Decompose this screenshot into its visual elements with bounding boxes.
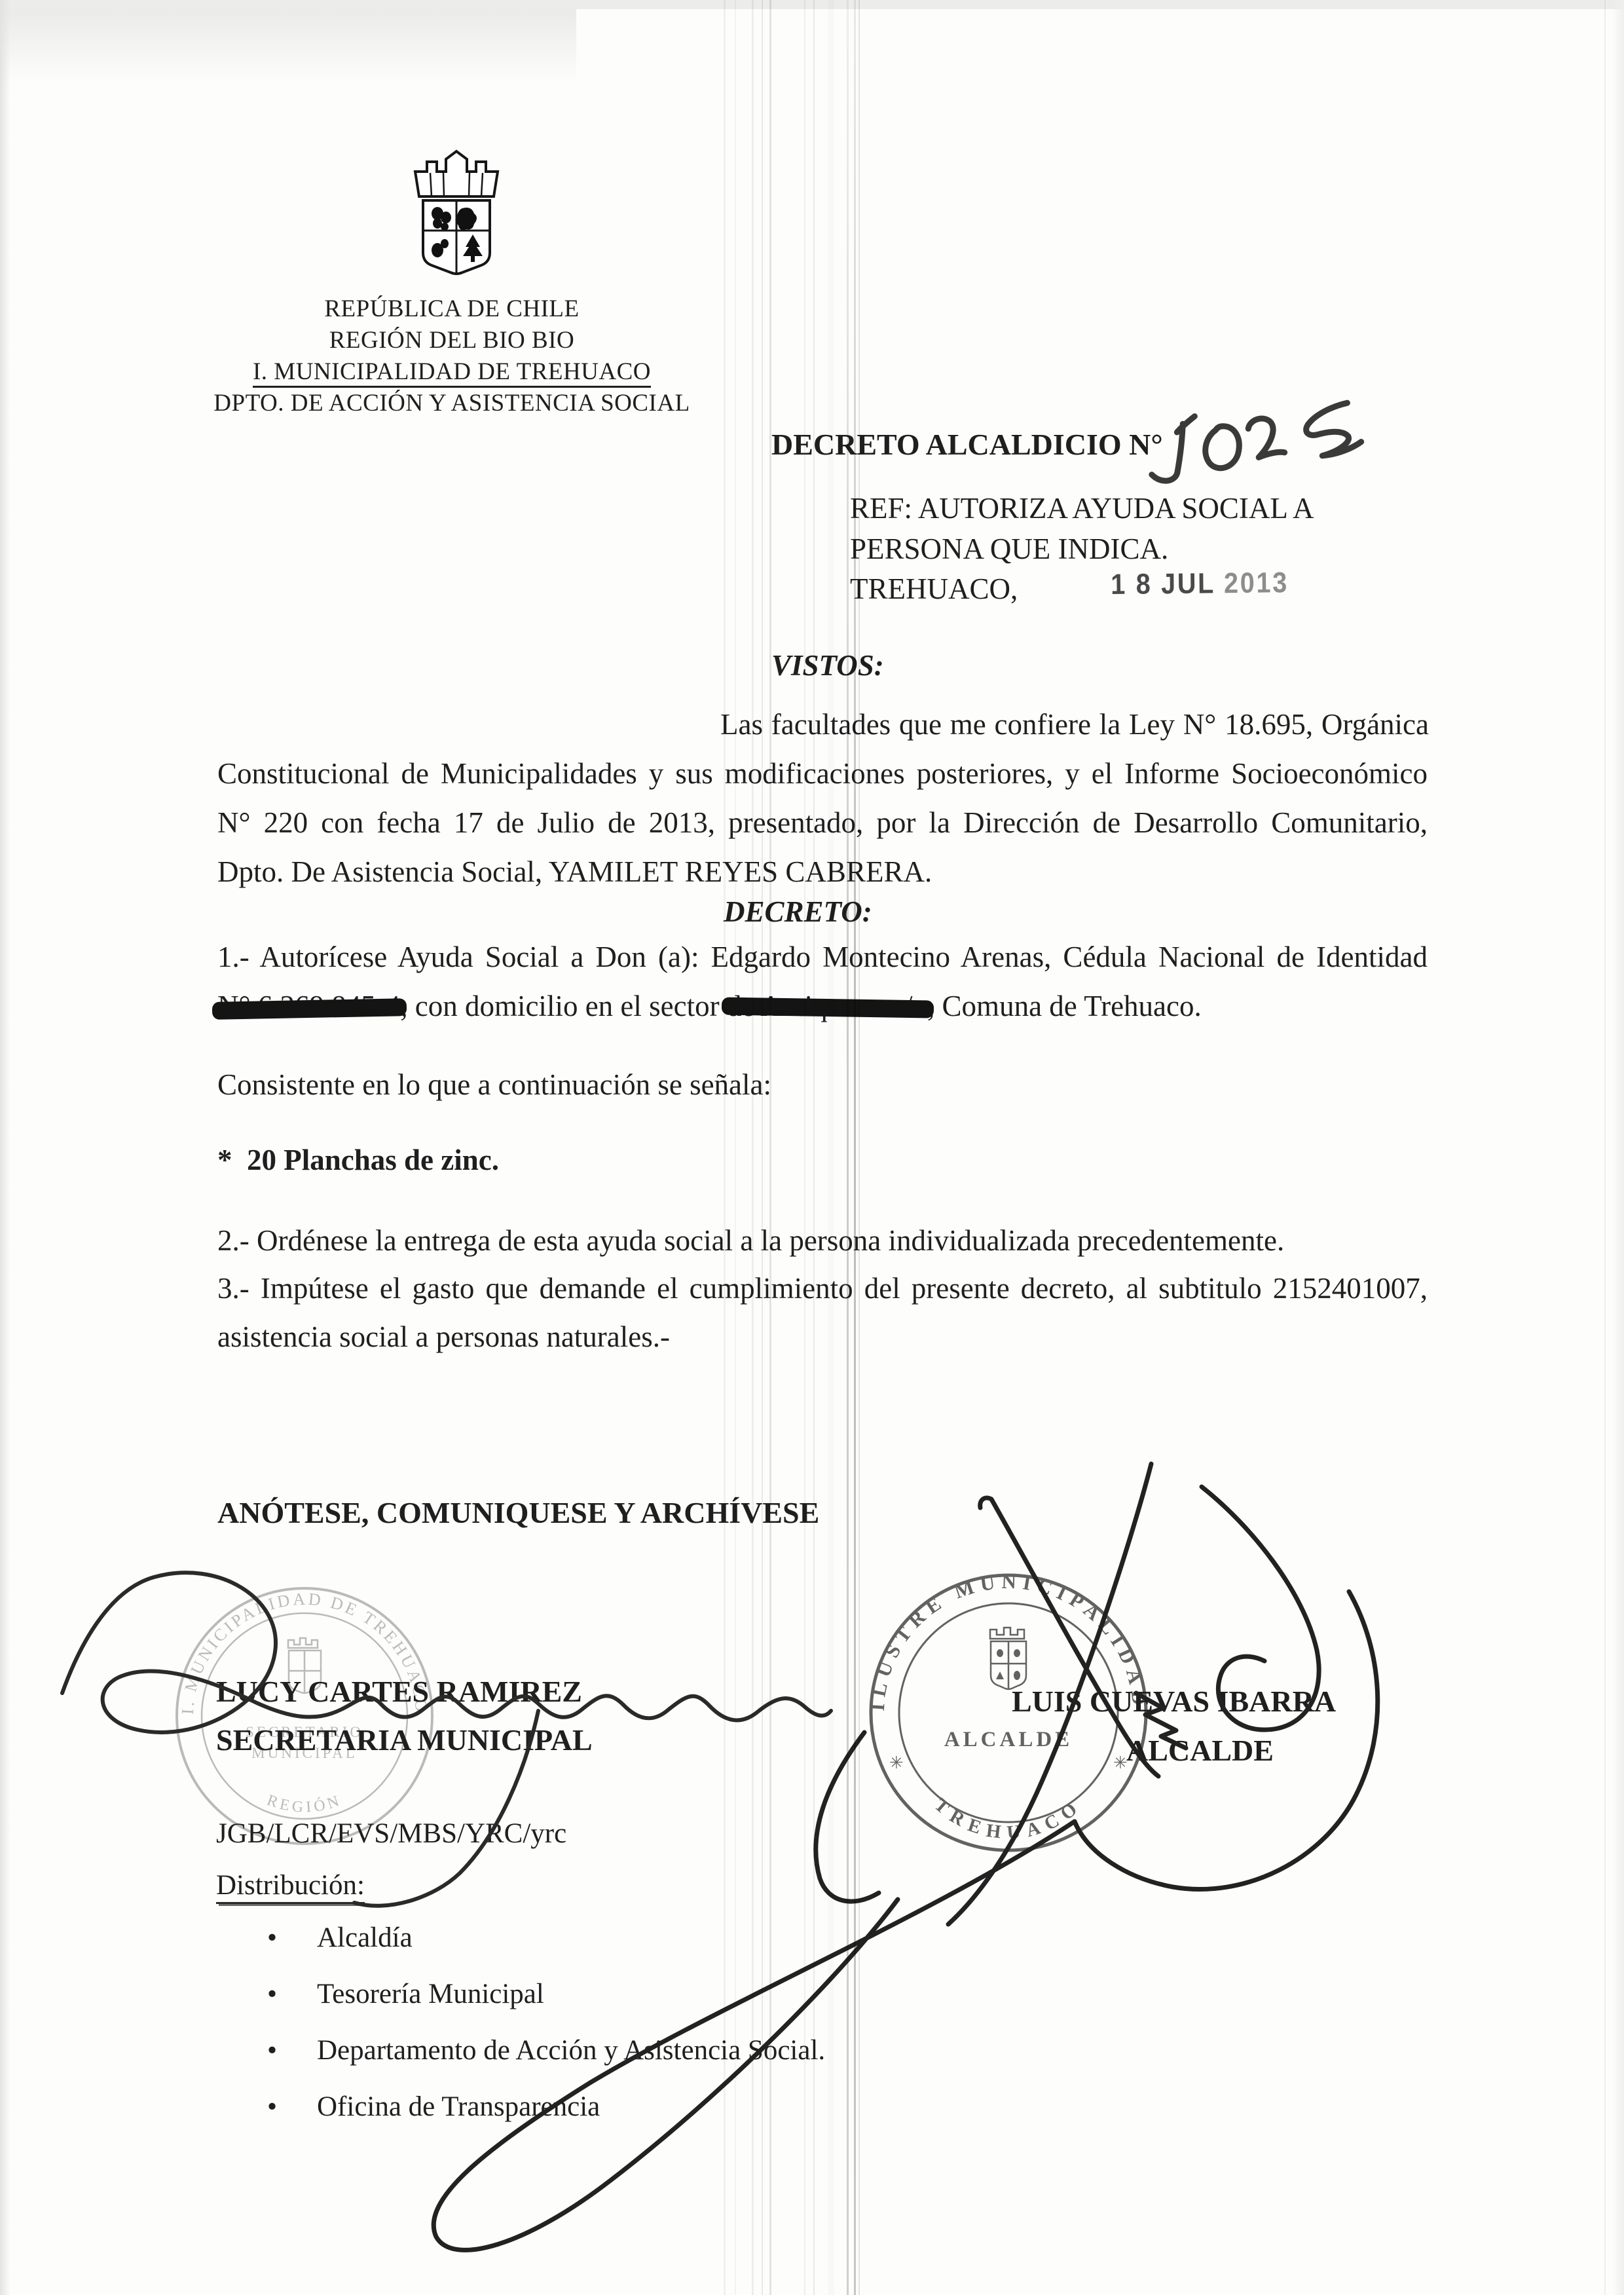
item3-line-2: asistencia social a personas naturales.- [217, 1321, 670, 1354]
distribution-item-1: Alcaldía [317, 1922, 413, 1953]
stamp-right-center-label: ALCALDE [944, 1728, 1073, 1751]
list-item: •Tesorería Municipal [267, 1978, 825, 2010]
vistos-line-3: N° 220 con fecha 17 de Julio de 2013, pr… [217, 807, 1428, 840]
vistos-line-1: Las facultades que me confiere la Ley N°… [720, 709, 1429, 741]
signature-right-name: LUIS CUEVAS IBARRA [1012, 1685, 1336, 1719]
footer-initials: JGB/LCR/EVS/MBS/YRC/yrc [216, 1818, 566, 1850]
vistos-line-2: Constitucional de Municipalidades y sus … [217, 758, 1428, 791]
item1-end-text: , Comuna de Trehuaco. [927, 990, 1202, 1022]
bullet-icon: • [267, 2091, 317, 2123]
letterhead-region: REGIÓN DEL BIO BIO [164, 325, 740, 356]
letterhead-department: DPTO. DE ACCIÓN Y ASISTENCIA SOCIAL [164, 388, 740, 419]
bullet-icon: • [267, 1978, 317, 2010]
letterhead-country: REPÚBLICA DE CHILE [164, 293, 740, 325]
ref-city: TREHUACO, [850, 572, 1018, 606]
distribution-label-text: Distribución: [216, 1870, 365, 1904]
closing-line: ANÓTESE, COMUNIQUESE Y ARCHÍVESE [217, 1497, 819, 1530]
benefit-line: * 20 Planchas de zinc. [217, 1144, 499, 1177]
date-stamp-year: 2013 [1224, 567, 1289, 599]
list-item: •Alcaldía [267, 1922, 825, 1954]
letterhead: REPÚBLICA DE CHILE REGIÓN DEL BIO BIO I.… [164, 293, 740, 419]
list-item: •Departamento de Acción y Asistencia Soc… [267, 2034, 825, 2066]
svg-text:TREHUACO: TREHUACO [931, 1794, 1087, 1843]
item2-line: 2.- Ordénese la entrega de esta ayuda so… [217, 1225, 1284, 1258]
stamp-left-bottom-arc: REGIÓN [265, 1792, 344, 1816]
distribution-item-2: Tesorería Municipal [317, 1979, 544, 2009]
list-item: •Oficina de Transparencia [267, 2091, 825, 2123]
bullet-icon: • [267, 2034, 317, 2066]
decreto-label: DECRETO: [724, 896, 872, 929]
letterhead-municipality: I. MUNICIPALIDAD DE TREHUACO [253, 358, 651, 388]
bullet-icon: • [267, 1922, 317, 1954]
vistos-label: VISTOS: [771, 650, 884, 682]
decree-title: DECRETO ALCALDICIO N° [771, 427, 1163, 462]
stamp-star-left-icon: ✳ [889, 1753, 904, 1772]
item1-mid-text: , con domicilio en el sector [400, 990, 727, 1022]
ref-line-1: REF: AUTORIZA AYUDA SOCIAL A [850, 491, 1314, 525]
signature-right-title: ALCALDE [1126, 1734, 1274, 1768]
distribution-label: Distribución: [216, 1869, 365, 1901]
coat-of-arms-emblem [415, 151, 498, 274]
vistos-line-4: Dpto. De Asistencia Social, YAMILET REYE… [217, 856, 932, 889]
svg-text:REGIÓN: REGIÓN [265, 1792, 344, 1816]
scanned-decree-page: I. MUNICIPALIDAD DE TREHUACO REGIÓN SECR… [0, 0, 1624, 2295]
redaction-bar-address: de Antiquereos/n [727, 990, 927, 1022]
stamp-right-bottom-arc: TREHUACO [931, 1794, 1087, 1843]
consistente-line: Consistente en lo que a continuación se … [217, 1069, 771, 1102]
item1-line-2: N° 6.269.845-4, con domicilio en el sect… [217, 990, 1202, 1023]
redaction-bar-id-number: N° 6.269.845-4 [217, 990, 400, 1022]
date-stamp: 1 8 JUL 2013 [1111, 567, 1289, 601]
item3-line-1: 3.- Impútese el gasto que demande el cum… [217, 1273, 1428, 1305]
distribution-item-4: Oficina de Transparencia [317, 2091, 600, 2122]
municipal-stamp-secretary: I. MUNICIPALIDAD DE TREHUACO REGIÓN SECR… [177, 1588, 432, 1844]
ref-line-2: PERSONA QUE INDICA. [850, 532, 1168, 566]
date-stamp-day-month: 1 8 JUL [1111, 567, 1224, 601]
item1-line-1: 1.- Autorícese Ayuda Social a Don (a): E… [217, 941, 1428, 974]
distribution-item-3: Departamento de Acción y Asistencia Soci… [317, 2035, 825, 2066]
distribution-list: •Alcaldía •Tesorería Municipal •Departam… [267, 1922, 825, 2147]
signature-left-title: SECRETARIA MUNICIPAL [216, 1724, 593, 1757]
signature-left-name: LUCY CARTES RAMIREZ [216, 1675, 582, 1709]
stamp-star-right-icon: ✳ [1113, 1753, 1128, 1772]
